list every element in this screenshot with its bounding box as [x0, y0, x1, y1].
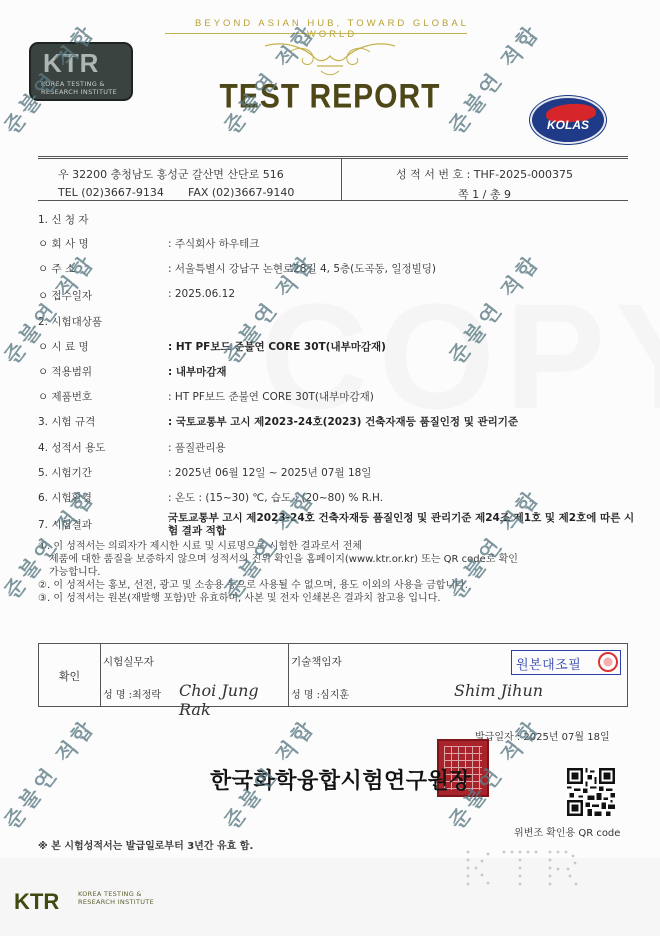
note-1-cont2: 가능합니다.: [38, 566, 628, 579]
slogan-rule: [165, 33, 467, 34]
tech-role: 기술책임자: [291, 654, 342, 669]
row-value: : 품질관리용: [168, 440, 226, 455]
section-applicant: 1. 신 청 자: [38, 212, 88, 227]
ktr-dotted-logo-icon: [460, 848, 600, 890]
organization-name: 한국화학융합시험연구원장: [210, 764, 471, 795]
report-title: TEST REPORT: [180, 77, 480, 116]
footer-line2: RESEARCH INSTITUTE: [78, 898, 154, 906]
test-result-value: 국토교통부 고시 제2023-24호 건축자재등 품질인정 및 관리기준 제24…: [168, 512, 638, 538]
info-table: 우 32200 충청남도 홍성군 갈산면 산단로 516 TEL (02)366…: [38, 156, 628, 201]
row-value: : 2025년 06월 12일 ~ 2025년 07월 18일: [168, 465, 371, 480]
row-value: : HT PF보드 준불연 CORE 30T(내부마감재): [168, 339, 386, 354]
footer-ktr-logo: KTR: [14, 889, 59, 915]
row-value: : 서울특별시 강남구 논현로28길 4, 5층(도곡동, 일정빌딩): [168, 261, 436, 276]
confirm-label: 확인: [39, 668, 100, 684]
ktr-logo-abbr: KTR: [43, 48, 99, 79]
original-copy-stamp: 원본대조필: [511, 650, 621, 675]
issue-date: 발급일자 : 2025년 07월 18일: [475, 728, 610, 743]
kolas-logo: KOLAS: [530, 96, 606, 144]
row-value: : 주식회사 하우테크: [168, 236, 259, 251]
ktr-logo-subtitle: KOREA TESTING & RESEARCH INSTITUTE: [41, 80, 117, 96]
tester-name: 성 명 :최정락: [103, 686, 161, 701]
ornament-icon: [255, 38, 405, 78]
validity-notice: ※ 본 시험성적서는 발급일로부터 3년간 유효 함.: [38, 837, 253, 852]
note-1: ①. 이 성적서는 의뢰자가 제시한 시료 및 시료명으로 시험한 결과로서 전…: [38, 540, 628, 553]
row-value: : HT PF보드 준불연 CORE 30T(내부마감재): [168, 389, 374, 404]
seal-icon: [598, 652, 618, 672]
test-report-page: COPY KTR KOREA TESTING & RESEARCH INSTIT…: [0, 0, 660, 936]
tester-signature: Choi Jung Rak: [179, 681, 288, 719]
confirm-label-cell: 확인: [39, 644, 101, 706]
section-sample: 2. 시험대상품: [38, 314, 102, 329]
row-label: 5. 시험기간: [38, 465, 92, 480]
row-label: 6. 시험환경: [38, 490, 92, 505]
page-number: 쪽 1 / 총 9: [341, 186, 628, 202]
row-label: ㅇ 접수일자: [38, 288, 92, 303]
notes: ①. 이 성적서는 의뢰자가 제시한 시료 및 시료명으로 시험한 결과로서 전…: [38, 540, 628, 605]
footer-ktr-subtitle: KOREA TESTING & RESEARCH INSTITUTE: [78, 890, 154, 906]
row-label: ㅇ 적용범위: [38, 364, 92, 379]
row-label: ㅇ 제품번호: [38, 389, 92, 404]
footer-line1: KOREA TESTING &: [78, 890, 154, 898]
original-copy-stamp-text: 원본대조필: [516, 654, 581, 673]
tech-manager-cell: 기술책임자 성 명 :심지훈 Shim Jihun 원본대조필: [289, 644, 627, 706]
row-label: 7. 시험결과: [38, 517, 92, 532]
watermark-stamp: 준불연 적합: [0, 712, 102, 835]
lab-address: 우 32200 충청남도 홍성군 갈산면 산단로 516: [58, 166, 284, 182]
row-label: ㅇ 주 소: [38, 261, 75, 276]
row-value: : 내부마감재: [168, 364, 227, 379]
note-2: ②. 이 성적서는 홍보, 선전, 광고 및 소송용 등으로 사용될 수 없으며…: [38, 579, 628, 592]
report-number: 성 적 서 번 호 : THF-2025-000375: [341, 166, 628, 182]
row-label: ㅇ 회 사 명: [38, 236, 89, 251]
tech-name: 성 명 :심지훈: [291, 686, 349, 701]
tester-role: 시험실무자: [103, 654, 154, 669]
watermark-stamp: 준불연 적합: [441, 247, 546, 370]
row-value: : 2025.06.12: [168, 288, 235, 300]
tester-cell: 시험실무자 성 명 :최정락 Choi Jung Rak: [101, 644, 289, 706]
lab-tel: TEL (02)3667-9134: [58, 186, 164, 199]
row-value: : 국토교통부 고시 제2023-24호(2023) 건축자재등 품질인정 및 …: [168, 414, 518, 429]
confirmation-table: 확인 시험실무자 성 명 :최정락 Choi Jung Rak 기술책임자 성 …: [38, 643, 628, 707]
qr-label: 위변조 확인용 QR code: [514, 824, 620, 839]
note-1-cont: 제품에 대한 품질을 보증하지 않으며 성적서의 진위 확인을 홈페이지(www…: [38, 553, 628, 566]
row-label: 3. 시험 규격: [38, 414, 95, 429]
kolas-text: KOLAS: [532, 118, 604, 132]
row-label: 4. 성적서 용도: [38, 440, 105, 455]
lab-fax: FAX (02)3667-9140: [188, 186, 294, 199]
slogan: BEYOND ASIAN HUB, TOWARD GLOBAL WORLD: [192, 18, 472, 40]
row-value: : 온도 : (15~30) ℃, 습도 : (20~80) % R.H.: [168, 490, 383, 505]
row-label: ㅇ 시 료 명: [38, 339, 89, 354]
note-3: ③. 이 성적서는 원본(재발행 포함)만 유효하며, 사본 및 전자 인쇄본은…: [38, 592, 628, 605]
ktr-logo-line2: RESEARCH INSTITUTE: [41, 88, 117, 96]
tech-signature: Shim Jihun: [454, 681, 543, 700]
qr-code-icon[interactable]: [567, 768, 615, 816]
ktr-logo-line1: KOREA TESTING &: [41, 80, 117, 88]
ktr-logo: KTR KOREA TESTING & RESEARCH INSTITUTE: [29, 42, 133, 101]
